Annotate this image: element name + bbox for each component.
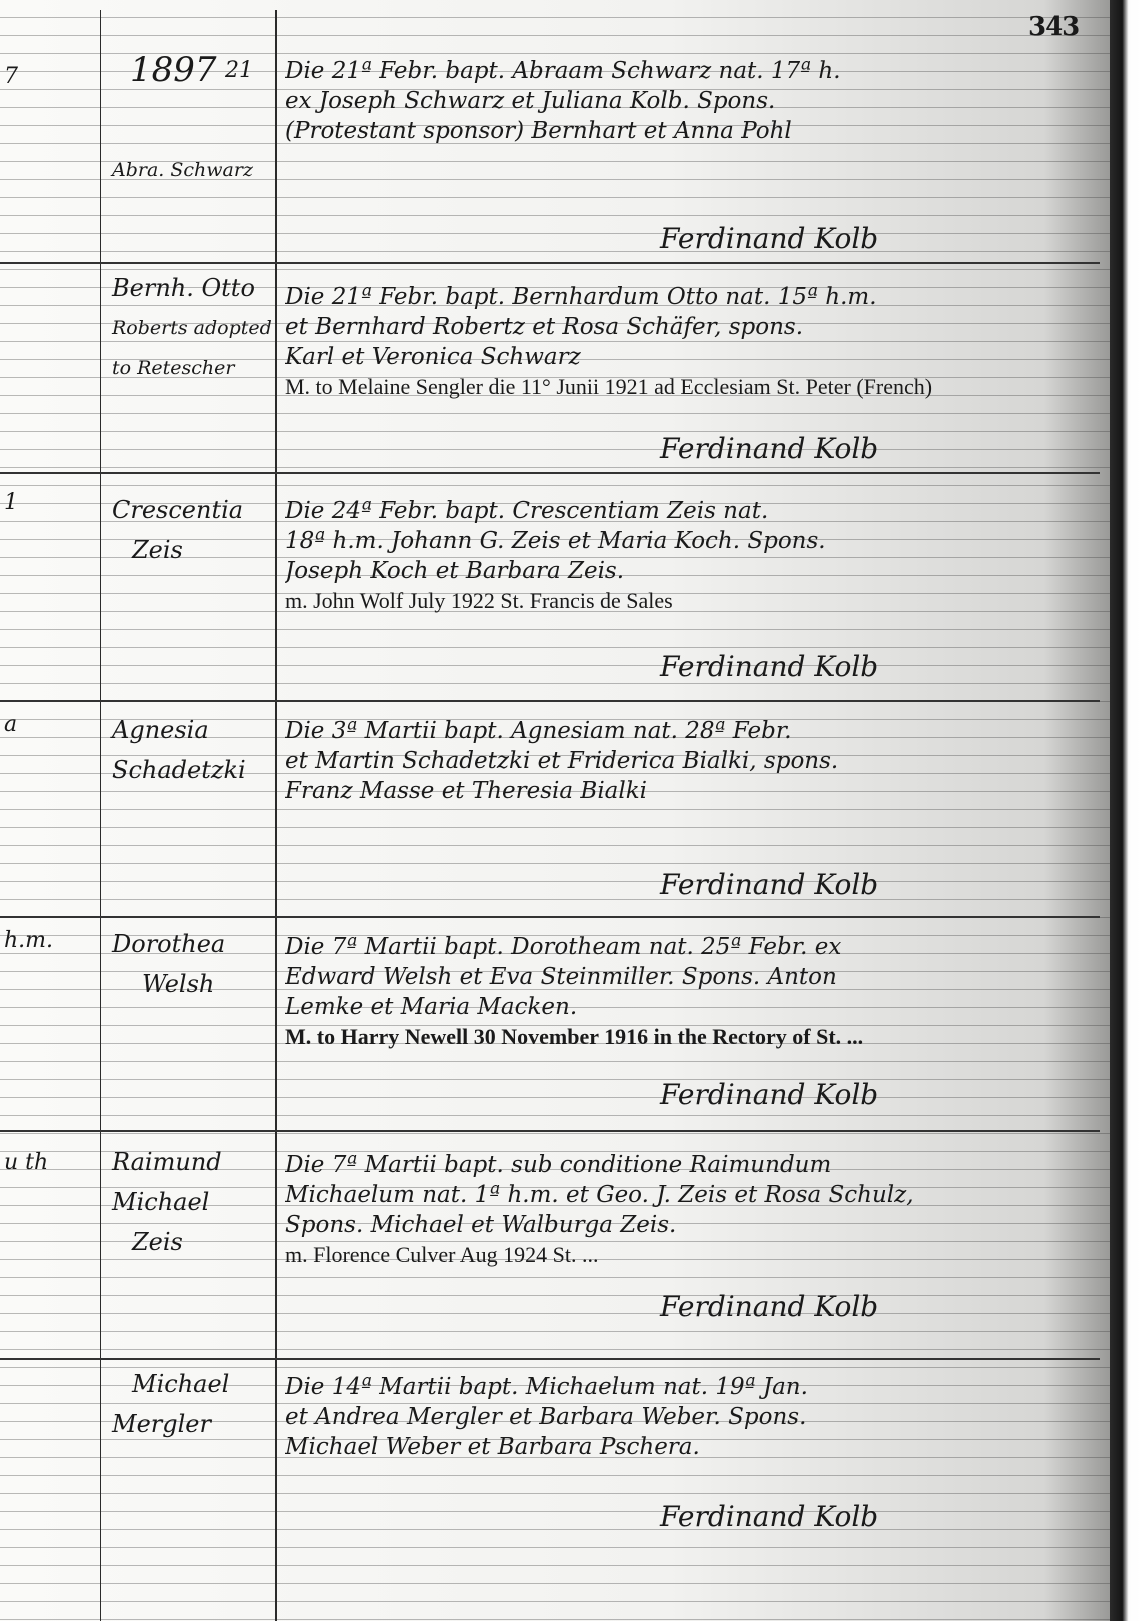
child-name: Agnesia Schadetzki — [112, 710, 272, 790]
marriage-annotation: m. John Wolf July 1922 St. Francis de Sa… — [285, 586, 1085, 616]
entry-text-line: Die 7ª Martii bapt. sub conditione Raimu… — [285, 1150, 1085, 1180]
margin-note: a — [4, 712, 99, 737]
entry-text: Die 7ª Martii bapt. sub conditione Raimu… — [285, 1150, 1085, 1270]
child-name-line: Bernh. Otto — [112, 268, 272, 308]
priest-signature: Ferdinand Kolb — [660, 1290, 990, 1323]
entry-text-line: Joseph Koch et Barbara Zeis. — [285, 556, 1085, 586]
margin-note: u th — [4, 1150, 99, 1175]
child-name: Michael Mergler — [112, 1364, 272, 1444]
entry-divider — [0, 472, 1100, 474]
entry-text-line: Die 3ª Martii bapt. Agnesiam nat. 28ª Fe… — [285, 716, 1085, 746]
entry-text: Die 21ª Febr. bapt. Bernhardum Otto nat.… — [285, 282, 1085, 402]
entry-text-line: Die 7ª Martii bapt. Dorotheam nat. 25ª F… — [285, 932, 1085, 962]
priest-signature: Ferdinand Kolb — [660, 1500, 990, 1533]
entry-text-line: Lemke et Maria Macken. — [285, 992, 1085, 1022]
child-name-line: Zeis — [112, 530, 272, 570]
entry-divider — [0, 1130, 1100, 1132]
entry-text-line: Die 14ª Martii bapt. Michaelum nat. 19ª … — [285, 1372, 1085, 1402]
child-name-line: Agnesia — [112, 710, 272, 750]
child-name-line: Mergler — [112, 1404, 272, 1444]
marriage-annotation: M. to Harry Newell 30 November 1916 in t… — [285, 1022, 1085, 1052]
entry-divider — [0, 262, 1100, 264]
entry-text-line: Edward Welsh et Eva Steinmiller. Spons. … — [285, 962, 1085, 992]
entry-text-line: (Protestant sponsor) Bernhart et Anna Po… — [285, 116, 1085, 146]
entry-text-line: et Andrea Mergler et Barbara Weber. Spon… — [285, 1402, 1085, 1432]
entry-text-line: Michael Weber et Barbara Pschera. — [285, 1432, 1085, 1462]
priest-signature: Ferdinand Kolb — [660, 222, 990, 255]
margin-note: 1 — [4, 490, 99, 515]
entry-text: Die 24ª Febr. bapt. Crescentiam Zeis nat… — [285, 496, 1085, 616]
child-name-line: Dorothea — [112, 924, 272, 964]
child-name: Crescentia Zeis — [112, 490, 272, 570]
entry-text: Die 3ª Martii bapt. Agnesiam nat. 28ª Fe… — [285, 716, 1085, 806]
page-edge-shadow — [1110, 0, 1141, 1621]
entry-text-line: Karl et Veronica Schwarz — [285, 342, 1085, 372]
priest-signature: Ferdinand Kolb — [660, 432, 990, 465]
name-column-rule — [275, 10, 277, 1621]
entry-divider — [0, 916, 1100, 918]
child-name-line: Schadetzki — [112, 750, 272, 790]
child-name-line: Roberts adopted — [112, 308, 272, 348]
entry-text: Die 21ª Febr. bapt. Abraam Schwarz nat. … — [285, 56, 1085, 146]
entry-text-line: Michaelum nat. 1ª h.m. et Geo. J. Zeis e… — [285, 1180, 1085, 1210]
entry-text-line: Die 24ª Febr. bapt. Crescentiam Zeis nat… — [285, 496, 1085, 526]
entry-text-line: et Bernhard Robertz et Rosa Schäfer, spo… — [285, 312, 1085, 342]
child-name-line: to Retescher — [112, 348, 272, 388]
priest-signature: Ferdinand Kolb — [660, 868, 990, 901]
child-name: Raimund Michael Zeis — [112, 1142, 272, 1262]
child-name-line: Welsh — [112, 964, 272, 1004]
entry-text-line: Spons. Michael et Walburga Zeis. — [285, 1210, 1085, 1240]
child-name-line: Crescentia — [112, 490, 272, 530]
entry-text-line: et Martin Schadetzki et Friderica Bialki… — [285, 746, 1085, 776]
child-name-line: Zeis — [112, 1222, 272, 1262]
register-year-day: 21 — [225, 58, 253, 83]
margin-note: h.m. — [4, 928, 99, 953]
marriage-annotation: m. Florence Culver Aug 1924 St. ... — [285, 1240, 1085, 1270]
page-number: 343 — [1028, 12, 1079, 42]
margin-note: 7 — [4, 64, 99, 89]
entry-text-line: Die 21ª Febr. bapt. Bernhardum Otto nat.… — [285, 282, 1085, 312]
entry-text-line: Die 21ª Febr. bapt. Abraam Schwarz nat. … — [285, 56, 1085, 86]
child-name-line: Michael — [112, 1364, 272, 1404]
entry-divider — [0, 700, 1100, 702]
margin-column-rule — [100, 10, 101, 1621]
register-year: 1897 — [130, 50, 217, 90]
priest-signature: Ferdinand Kolb — [660, 1078, 990, 1111]
register-page: 343 1897 21 7 Abra. Schwarz Die 21ª Febr… — [0, 0, 1110, 1621]
child-name: Dorothea Welsh — [112, 924, 272, 1004]
entry-text: Die 14ª Martii bapt. Michaelum nat. 19ª … — [285, 1372, 1085, 1462]
child-name-line: Abra. Schwarz — [112, 150, 272, 190]
entry-text-line: ex Joseph Schwarz et Juliana Kolb. Spons… — [285, 86, 1085, 116]
entry-text-line: Franz Masse et Theresia Bialki — [285, 776, 1085, 806]
entry-divider — [0, 1358, 1100, 1360]
marriage-annotation: M. to Melaine Sengler die 11° Junii 1921… — [285, 372, 1085, 402]
priest-signature: Ferdinand Kolb — [660, 650, 990, 683]
child-name: Abra. Schwarz — [112, 150, 272, 190]
child-name-line: Michael — [112, 1182, 272, 1222]
child-name-line: Raimund — [112, 1142, 272, 1182]
entry-text: Die 7ª Martii bapt. Dorotheam nat. 25ª F… — [285, 932, 1085, 1052]
entry-text-line: 18ª h.m. Johann G. Zeis et Maria Koch. S… — [285, 526, 1085, 556]
child-name: Bernh. Otto Roberts adopted to Retescher — [112, 268, 272, 388]
